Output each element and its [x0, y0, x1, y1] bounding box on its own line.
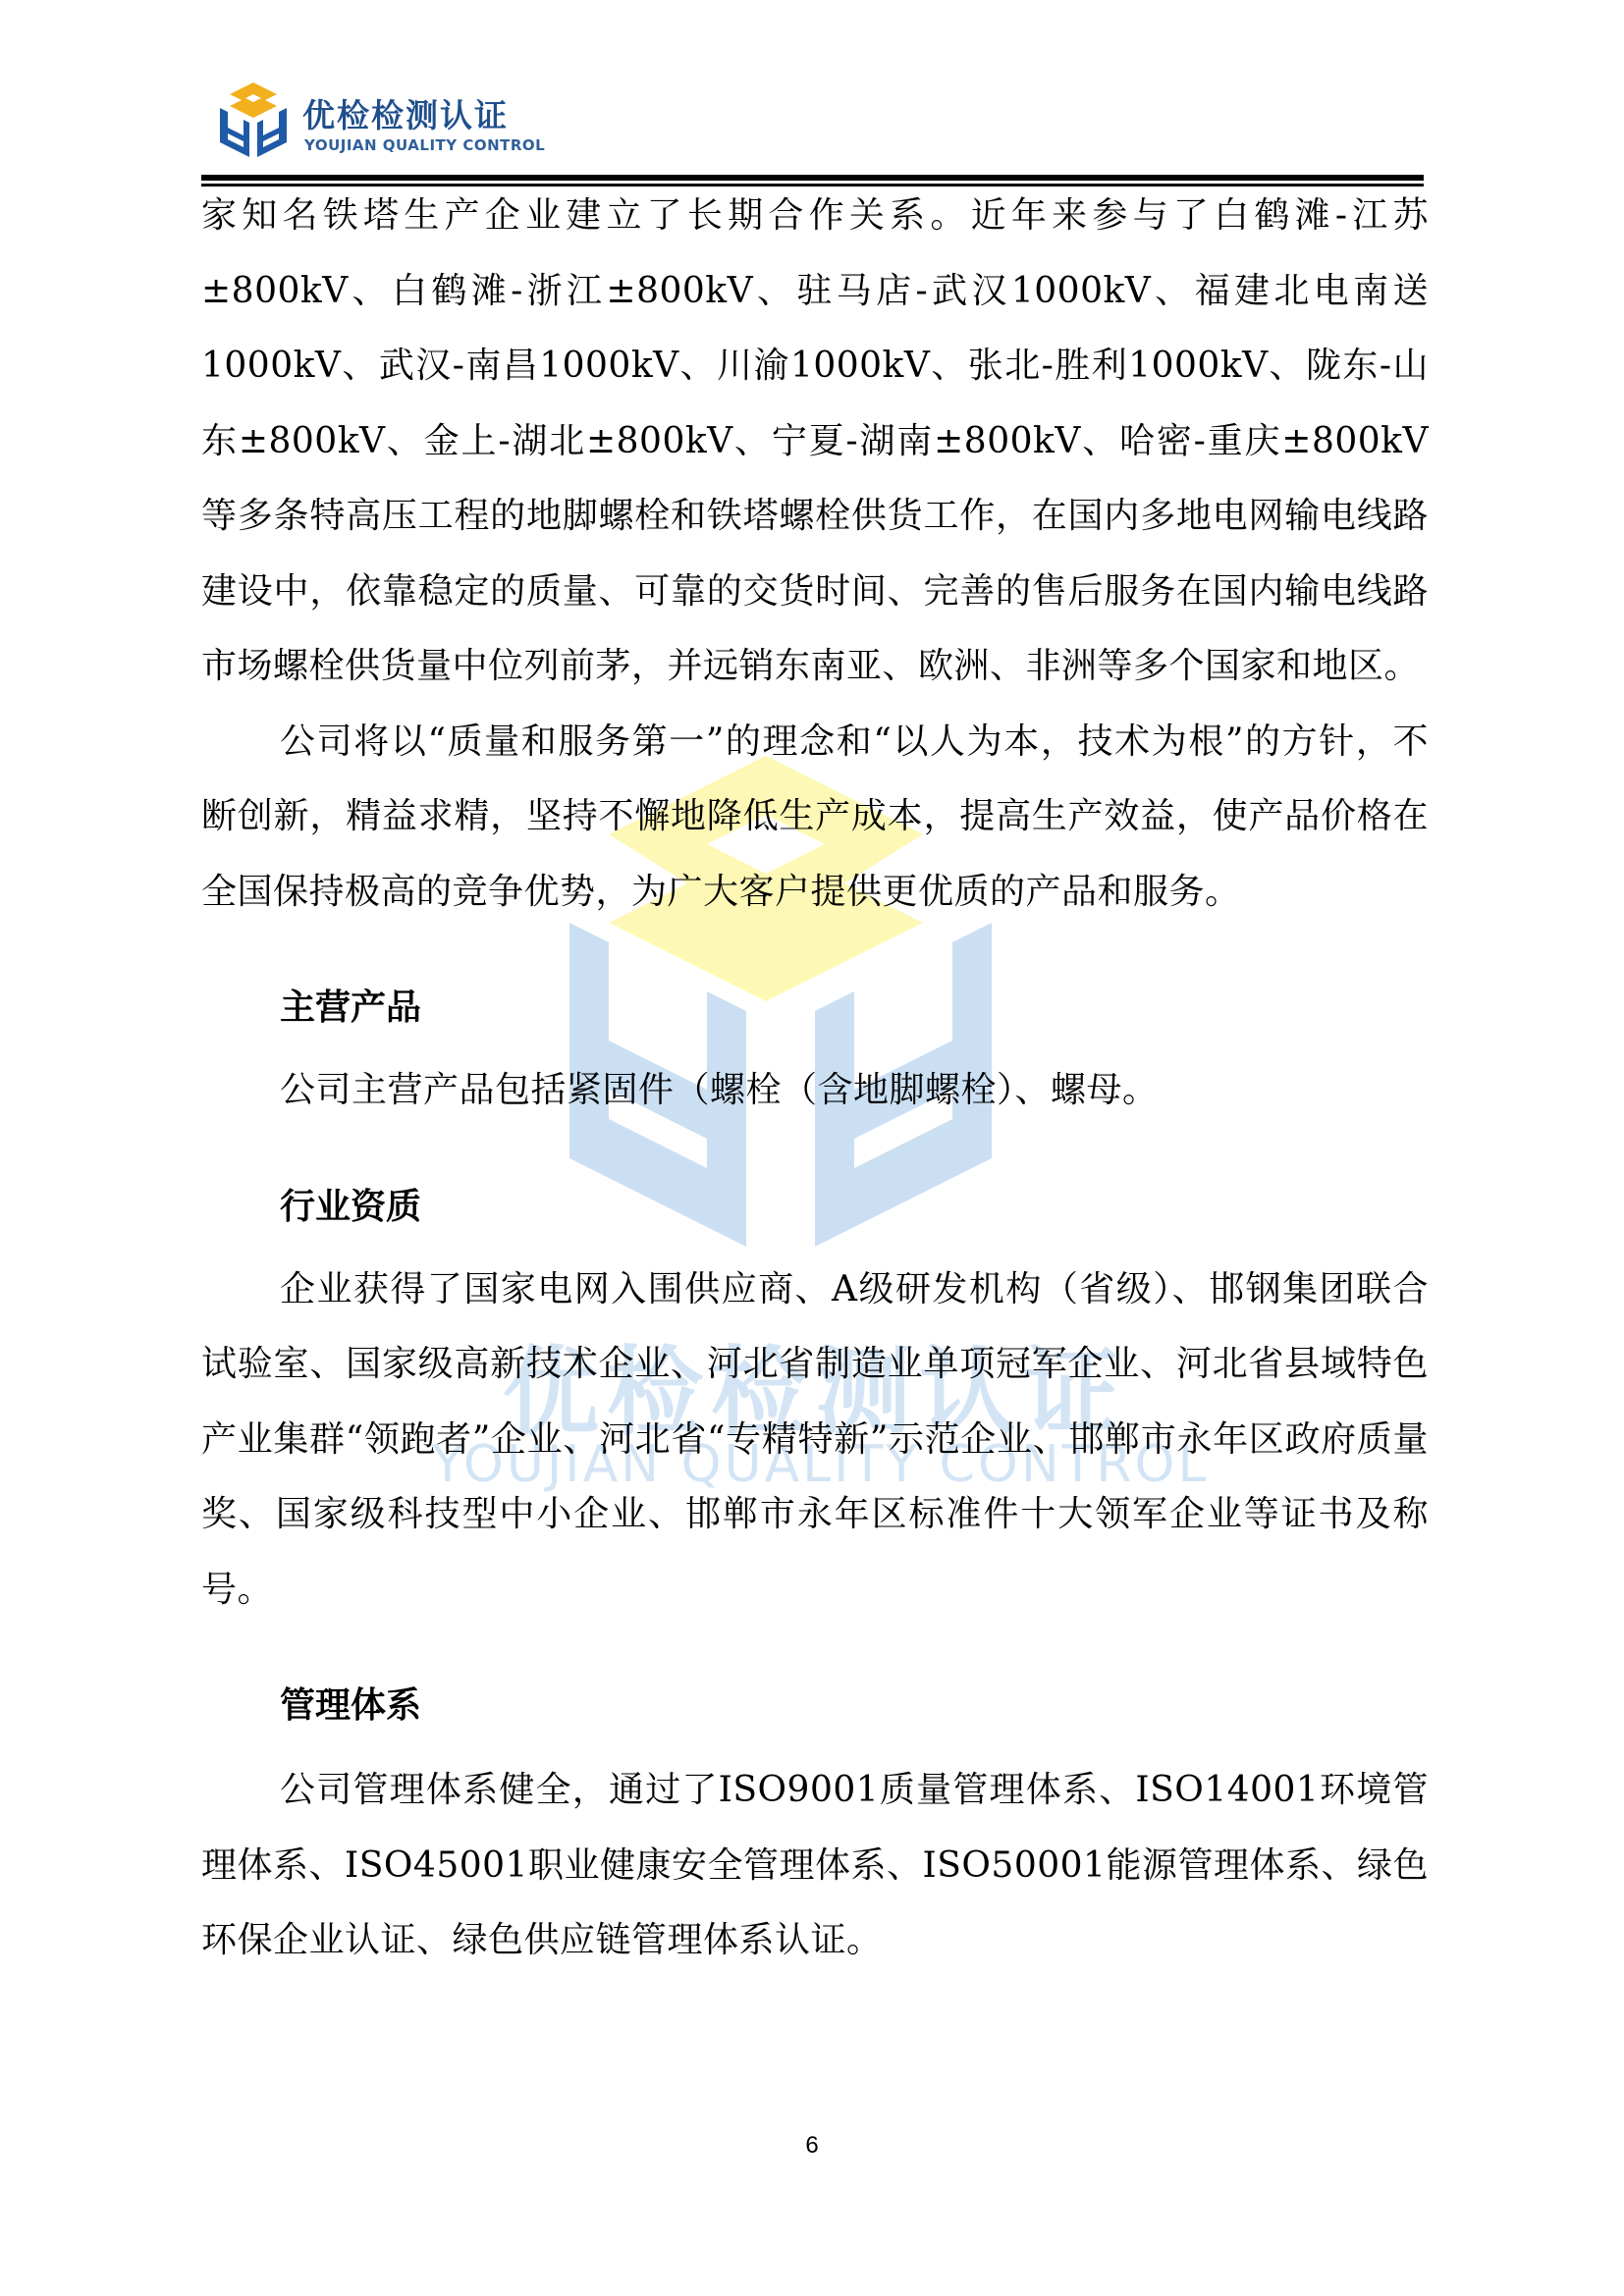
- section-heading-management-system: 管理体系: [201, 1669, 1429, 1743]
- document-page: 优检检测认证 YOUJIAN QUALITY CONTROL 优检检测认证 YO…: [0, 0, 1624, 2296]
- paragraph-philosophy: 公司将以“质量和服务第一”的理念和“以人为本，技术为根”的方针，不断创新，精益求…: [201, 705, 1429, 931]
- section-heading-qualifications: 行业资质: [201, 1170, 1429, 1245]
- paragraph-main-products: 公司主营产品包括紧固件（螺栓（含地脚螺栓）、螺母。: [201, 1053, 1429, 1129]
- paragraph-qualifications: 企业获得了国家电网入围供应商、A级研发机构（省级）、邯钢集团联合试验室、国家级高…: [201, 1253, 1429, 1629]
- logo-title-en: YOUJIAN QUALITY CONTROL: [304, 136, 545, 154]
- document-body: 家知名铁塔生产企业建立了长期合作关系。近年来参与了白鹤滩-江苏±800kV、白鹤…: [201, 179, 1429, 1979]
- paragraph-cooperation: 家知名铁塔生产企业建立了长期合作关系。近年来参与了白鹤滩-江苏±800kV、白鹤…: [201, 179, 1429, 705]
- section-heading-main-products: 主营产品: [201, 971, 1429, 1045]
- logo-title-cn: 优检检测认证: [302, 90, 509, 136]
- header-logo: 优检检测认证 YOUJIAN QUALITY CONTROL: [216, 80, 569, 165]
- page-number: 6: [0, 2132, 1624, 2160]
- paragraph-management-system: 公司管理体系健全，通过了ISO9001质量管理体系、ISO14001环境管理体系…: [201, 1753, 1429, 1979]
- cube-logo-icon: [216, 80, 291, 161]
